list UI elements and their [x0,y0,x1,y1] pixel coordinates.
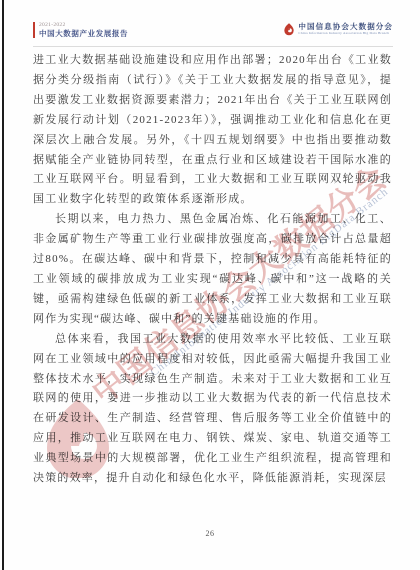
scan-edge-strip [2,0,4,570]
report-title: 中国大数据产业发展报告 [39,29,128,38]
header-divider [33,46,393,47]
org-name-en: China Information Industry Association B… [298,31,393,36]
org-branding: 中国信息协会大数据分会 China Information Industry A… [283,22,393,36]
paragraph: 进工业大数据基础设施建设和应用作出部署；2020年出台《工业数据分类分级指南（试… [33,51,392,210]
accent-bar [33,22,35,38]
org-name: 中国信息协会大数据分会 [298,22,393,31]
report-masthead: 2021-2022 中国大数据产业发展报告 [33,22,128,38]
document-page: 2021-2022 中国大数据产业发展报告 中国信息协会大数据分会 China … [0,0,420,570]
page-number: 26 [0,529,420,538]
document-body: 进工业大数据基础设施建设和应用作出部署；2020年出台《工业数据分类分级指南（试… [33,51,392,489]
flame-swirl-icon [283,22,295,36]
page-header: 2021-2022 中国大数据产业发展报告 中国信息协会大数据分会 China … [33,22,393,44]
paragraph: 长期以来，电力热力、黑色金属冶炼、化石能源加工、化工、非金属矿物生产等重工业行业… [33,210,392,329]
paragraph: 总体来看，我国工业大数据的使用效率水平比较低、工业互联网在工业领域中的应用程度相… [33,330,392,489]
report-years: 2021-2022 [39,22,128,29]
